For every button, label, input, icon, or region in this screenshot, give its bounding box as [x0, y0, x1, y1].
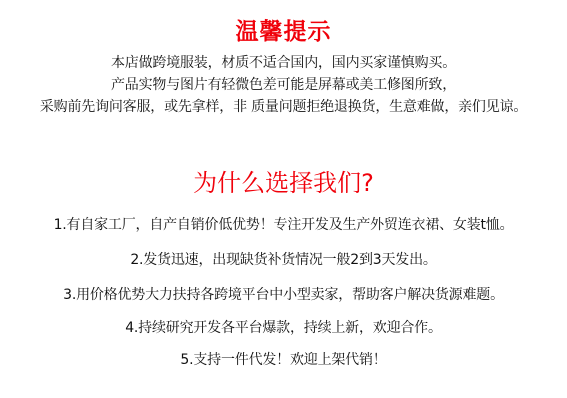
reason-item: 5.支持一件代发！欢迎上架代销！	[0, 350, 567, 370]
reason-item: 2.发货迅速，出现缺货补货情况一般2到3天发出。	[0, 250, 567, 270]
why-us-title: 为什么选择我们?	[0, 167, 567, 199]
reason-item: 4.持续研究开发各平台爆款，持续上新，欢迎合作。	[0, 318, 567, 338]
reason-item: 3.用价格优势大力扶持各跨境平台中小型卖家，帮助客户解决货源难题。	[0, 285, 567, 305]
notice-line: 采购前先询问客服，或先拿样，非 质量问题拒绝退换货，生意难做，亲们见谅。	[0, 97, 567, 117]
notice-title: 温馨提示	[0, 17, 567, 47]
notice-line: 本店做跨境服装，材质不适合国内，国内买家谨慎购买。	[0, 53, 567, 73]
reason-item: 1.有自家工厂，自产自销价低优势！专注开发及生产外贸连衣裙、女装t恤。	[0, 215, 567, 235]
notice-line: 产品实物与图片有轻微色差可能是屏幕或美工修图所致，	[0, 75, 567, 95]
